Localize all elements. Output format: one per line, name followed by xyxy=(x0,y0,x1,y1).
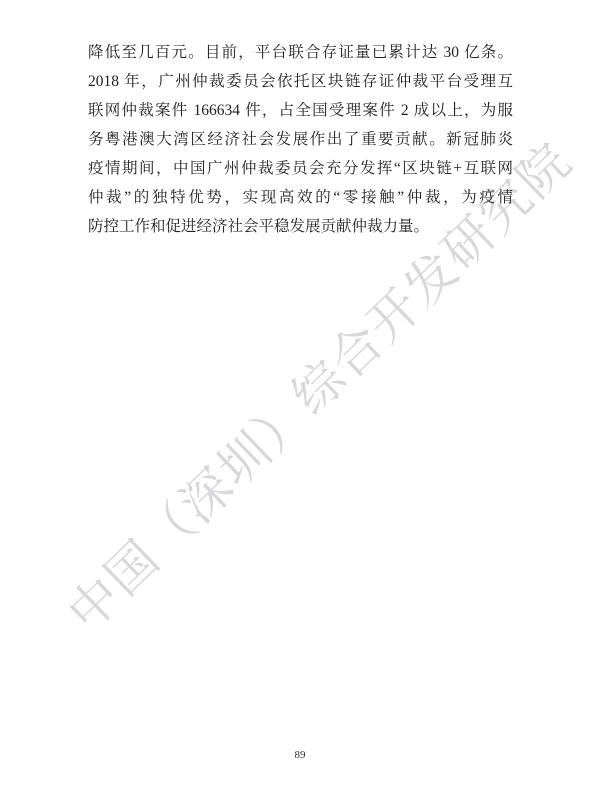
text-line: 联网仲裁案件 166634 件，占全国受理案件 2 成以上，为服 xyxy=(88,96,513,125)
text-line: 2018 年，广州仲裁委员会依托区块链存证仲裁平台受理互 xyxy=(88,67,513,96)
text-line: 防控工作和促进经济社会平稳发展贡献仲裁力量。 xyxy=(88,212,513,241)
text-line: 仲裁”的独特优势，实现高效的“零接触”仲裁，为疫情 xyxy=(88,183,513,212)
page-number: 89 xyxy=(0,749,600,761)
text-line: 降低至几百元。目前，平台联合存证量已累计达 30 亿条。 xyxy=(88,38,513,67)
text-line: 疫情期间，中国广州仲裁委员会充分发挥“区块链+互联网 xyxy=(88,154,513,183)
document-page: 中国（深圳）综合开发研究院 降低至几百元。目前，平台联合存证量已累计达 30 亿… xyxy=(0,0,600,788)
body-paragraph: 降低至几百元。目前，平台联合存证量已累计达 30 亿条。 2018 年，广州仲裁… xyxy=(88,38,513,241)
text-line: 务粤港澳大湾区经济社会发展作出了重要贡献。新冠肺炎 xyxy=(88,125,513,154)
